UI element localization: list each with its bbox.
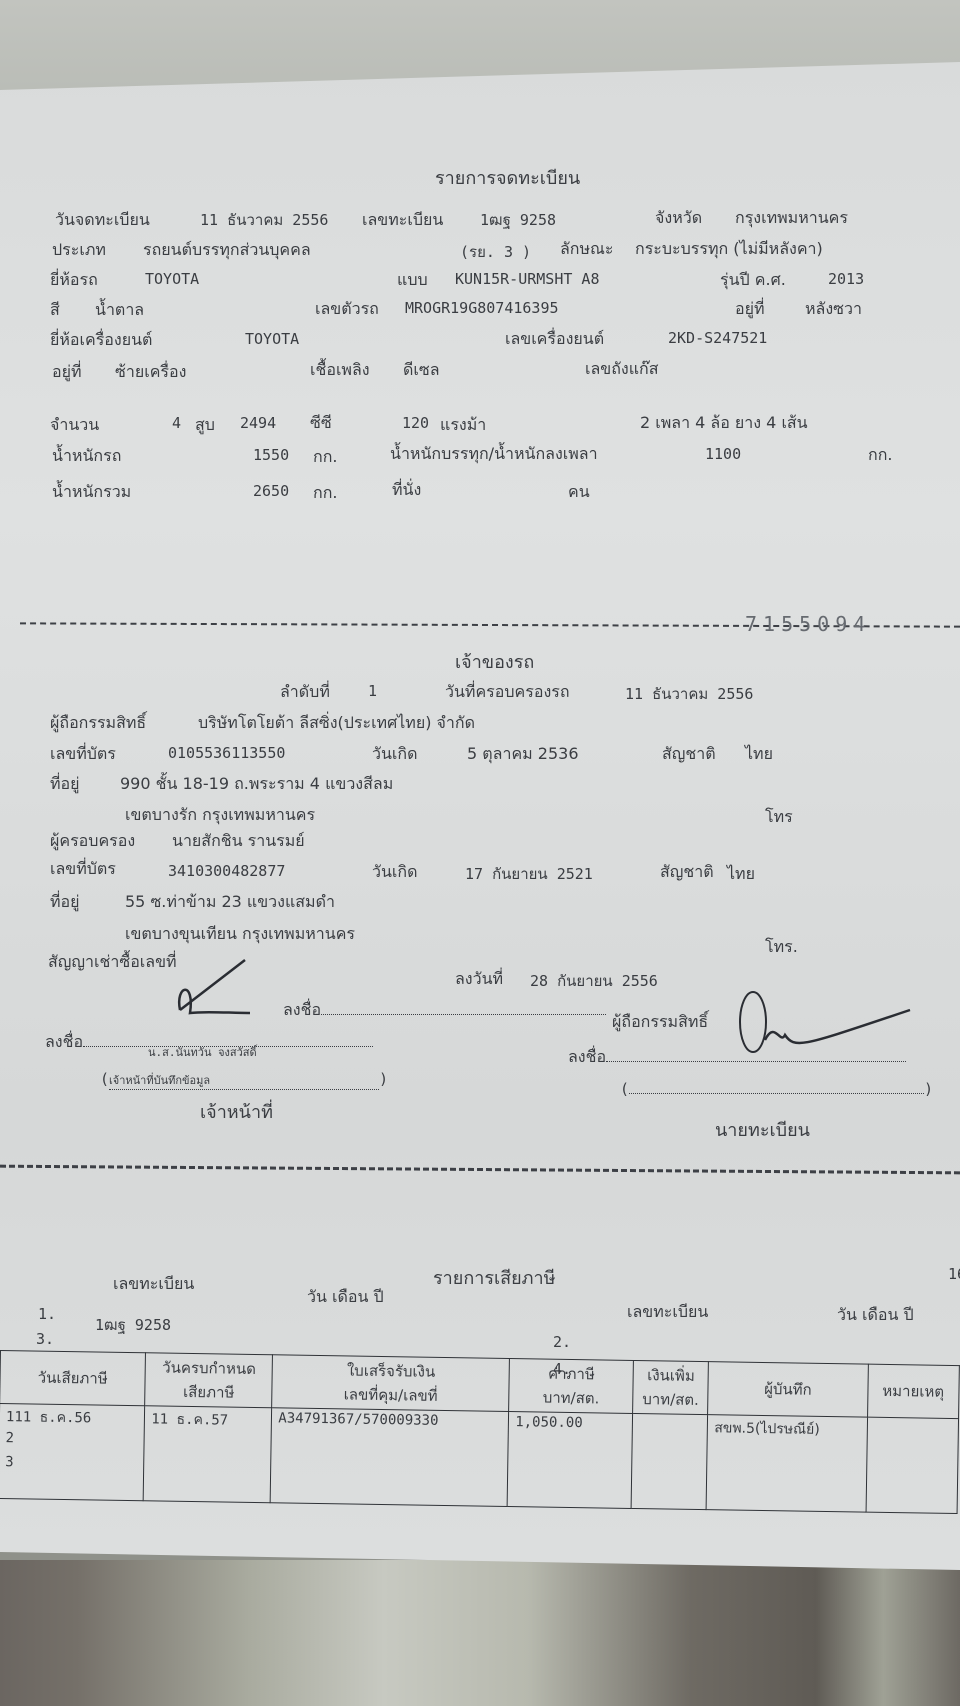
reg-date: 11 ธันวาคม 2556: [200, 208, 328, 232]
model: KUN15R-URMSHT A8: [455, 270, 600, 288]
tax-plate-col-1: เลขทะเบียน: [113, 1272, 194, 1297]
registrar-name-line: (): [620, 1080, 933, 1098]
col-due-date: วันครบกำหนด เสียภาษี: [145, 1353, 273, 1408]
cylinders: 4: [172, 414, 181, 432]
surcharge: [631, 1413, 708, 1509]
color: น้ำตาล: [95, 298, 144, 323]
tax-date-col-2: วัน เดือน ปี: [837, 1303, 914, 1328]
province: กรุงเทพมหานคร: [735, 206, 848, 231]
faded-number: 7155094: [745, 612, 871, 636]
weight-label: น้ำหนักรถ: [52, 444, 121, 469]
signature-line: [321, 1014, 606, 1015]
gas-tank-label: เลขถังแก๊ส: [585, 357, 658, 382]
note: [866, 1417, 959, 1513]
col-note: หมายเหตุ: [867, 1364, 959, 1418]
weight: 1550: [253, 446, 289, 464]
possessor-label: ผู้ครอบครอง: [50, 829, 135, 854]
possessor-dob-label: วันเกิด: [372, 860, 417, 885]
type-code: (รย. 3 ): [460, 240, 531, 264]
fuel-label: เชื้อเพลิง: [310, 358, 370, 383]
holder-nationality-label: สัญชาติ: [662, 742, 716, 767]
officer-position-line: (เจ้าหน้าที่บันทึกข้อมูล): [100, 1070, 388, 1090]
engine-brand-label: ยี่ห้อเครื่องยนต์: [50, 328, 152, 353]
tax-plate-col-2: เลขทะเบียน: [627, 1300, 708, 1325]
plate-label: เลขทะเบียน: [362, 208, 443, 233]
brand: TOYOTA: [145, 270, 199, 288]
col-surcharge: เงินเพิ่ม บาท/สต.: [633, 1360, 709, 1414]
paid-date-cell: 111 ธ.ค.56 2 3: [0, 1404, 145, 1501]
holder-label: ผู้ถือกรรมสิทธิ์: [50, 711, 146, 736]
holder-dob-label: วันเกิด: [372, 742, 417, 767]
possessor-nationality-label: สัญชาติ: [660, 860, 714, 885]
reg-date-label: วันจดทะเบียน: [55, 208, 150, 233]
possession-date-label: วันที่ครอบครองรถ: [445, 680, 570, 705]
province-label: จังหวัด: [655, 206, 702, 231]
registrar-name: [629, 1093, 924, 1094]
possessor-dob: 17 กันยายน 2521: [465, 862, 593, 886]
chassis-location: หลังซวา: [805, 297, 862, 322]
tax-entry-2-no: 2.: [553, 1333, 571, 1351]
load-unit: กก.: [868, 443, 892, 468]
tax-title: รายการเสียภาษี: [433, 1263, 556, 1292]
load-label: น้ำหนักบรรทุก/น้ำหนักลงเพลา: [390, 442, 598, 467]
brand-label: ยี่ห้อรถ: [50, 268, 98, 293]
color-label: สี: [50, 298, 60, 323]
holder-address-2: เขตบางรัก กรุงเทพมหานคร: [125, 803, 315, 828]
holder-id: 0105536113550: [168, 744, 285, 762]
background-fabric: [0, 1560, 960, 1706]
possessor-name: นายสักชิน รานรมย์: [172, 829, 305, 854]
holder-tel-label: โทร: [765, 805, 793, 830]
officer-position: เจ้าหน้าที่บันทึกข้อมูล: [109, 1071, 379, 1090]
weight-unit: กก.: [313, 445, 337, 470]
possessor-address-2: เขตบางขุนเทียน กรุงเทพมหานคร: [125, 922, 355, 947]
plate: 1ฒฐ 9258: [480, 208, 556, 232]
col-paid-date: วันเสียภาษี: [0, 1351, 146, 1406]
possessor-nationality: ไทย: [727, 862, 755, 887]
recorder: สขพ.5(ไปรษณีย์): [706, 1415, 867, 1512]
col-receipt: ใบเสร็จรับเงิน เลขที่คุม/เลขที่: [272, 1355, 510, 1412]
seats-label: ที่นั่ง: [392, 478, 421, 503]
tax-date-col-1: วัน เดือน ปี: [307, 1285, 384, 1310]
row-no: 2: [5, 1430, 138, 1456]
axles-wheels: 2 เพลา 4 ล้อ ยาง 4 เส้น: [640, 411, 808, 436]
engine-brand: TOYOTA: [245, 330, 299, 348]
holder-nationality: ไทย: [745, 742, 773, 767]
officer-name: น.ส.นันทวัน จงสวัสดิ์: [148, 1043, 257, 1061]
possessor-address-label: ที่อยู่: [50, 890, 80, 915]
year: 2013: [828, 270, 864, 288]
sequence-label: ลำดับที่: [280, 680, 330, 705]
col-tax: ค่าภาษี บาท/สต.: [509, 1359, 634, 1414]
load: 1100: [705, 445, 741, 463]
receipt-number: A34791367/570009330: [271, 1408, 509, 1507]
chassis-number: MROGR19G807416395: [405, 299, 559, 317]
possessor-tel-label: โทร.: [765, 935, 798, 960]
fuel: ดีเซล: [403, 358, 440, 383]
type-label: ประเภท: [52, 238, 106, 263]
model-label: แบบ: [397, 268, 428, 293]
holder-address-label: ที่อยู่: [50, 772, 80, 797]
holder-id-label: เลขที่บัตร: [50, 742, 116, 767]
holder-dob: 5 ตุลาคม 2536: [467, 742, 579, 767]
style-label: ลักษณะ: [560, 237, 613, 262]
year-label: รุ่นปี ค.ศ.: [720, 268, 786, 293]
possessor-address-1: 55 ซ.ท่าข้าม 23 แขวงแสมดำ: [125, 890, 335, 915]
owner-title: เจ้าของรถ: [455, 647, 534, 676]
tax-amount: 1,050.00: [507, 1412, 632, 1509]
cc: 2494: [240, 414, 276, 432]
cylinders-label: สูบ: [195, 413, 215, 438]
possessor-id-label: เลขที่บัตร: [50, 857, 116, 882]
engine-location-label: อยู่ที่: [52, 360, 82, 385]
engine-location: ซ้ายเครื่อง: [115, 360, 186, 385]
gross-weight-label: น้ำหนักรวม: [52, 480, 131, 505]
vehicle-style: กระบะบรรทุก (ไม่มีหลังคา): [635, 237, 823, 262]
table-row: 111 ธ.ค.56 2 3 11 ธ.ค.57 A34791367/57000…: [0, 1404, 959, 1514]
horsepower-label: แรงม้า: [440, 413, 486, 438]
signature-line: [606, 1061, 906, 1062]
possession-date: 11 ธันวาคม 2556: [625, 682, 753, 706]
row-no: 3: [5, 1454, 138, 1480]
horsepower: 120: [402, 414, 429, 432]
registration-title: รายการจดทะเบียน: [435, 163, 580, 192]
holder-address-1: 990 ชั้น 18-19 ถ.พระราม 4 แขวงสีลม: [120, 772, 393, 797]
sign-label-1: ลงชื่อ: [283, 998, 606, 1023]
gross-weight-unit: กก.: [313, 481, 337, 506]
sign-label-text: ลงชื่อ: [45, 1032, 83, 1051]
corner-number: 16: [948, 1265, 960, 1283]
holder-name: บริษัทโตโยต้า ลีสซิ่ง(ประเทศไทย) จำกัด: [198, 711, 475, 736]
engine-number: 2KD-S247521: [668, 329, 767, 347]
cc-label: ซีซี: [310, 411, 332, 436]
sign-label-text: ลงชื่อ: [568, 1047, 606, 1066]
gross-weight: 2650: [253, 482, 289, 500]
col-recorder: ผู้บันทึก: [708, 1362, 868, 1417]
engine-number-label: เลขเครื่องยนต์: [505, 327, 604, 352]
seats-unit: คน: [568, 480, 590, 505]
signed-date-label: ลงวันที่: [455, 967, 503, 992]
sign-label-3: ลงชื่อ: [568, 1045, 906, 1070]
paid-date: 11 ธ.ค.56: [14, 1409, 91, 1426]
chassis-location-label: อยู่ที่: [735, 297, 765, 322]
chassis-label: เลขตัวรถ: [315, 297, 379, 322]
holder-sign-title: ผู้ถือกรรมสิทธิ์: [612, 1010, 708, 1035]
tax-table: วันเสียภาษี วันครบกำหนด เสียภาษี ใบเสร็จ…: [0, 1350, 960, 1514]
signed-date: 28 กันยายน 2556: [530, 969, 658, 993]
sequence: 1: [368, 682, 377, 700]
count-label: จำนวน: [50, 413, 99, 438]
possessor-id: 3410300482877: [168, 862, 285, 880]
officer-signature: [150, 955, 260, 1020]
tax-entry-3-no: 3.: [36, 1330, 54, 1348]
officer-title: เจ้าหน้าที่: [200, 1097, 273, 1126]
vehicle-type: รถยนต์บรรทุกส่วนบุคคล: [143, 238, 311, 263]
registrar-title: นายทะเบียน: [715, 1115, 810, 1144]
tax-entry-1-no: 1.: [38, 1305, 56, 1323]
due-date: 11 ธ.ค.57: [143, 1406, 272, 1503]
sign-label-text: ลงชื่อ: [283, 1000, 321, 1019]
tax-entry-1-plate: 1ฒฐ 9258: [95, 1313, 171, 1337]
